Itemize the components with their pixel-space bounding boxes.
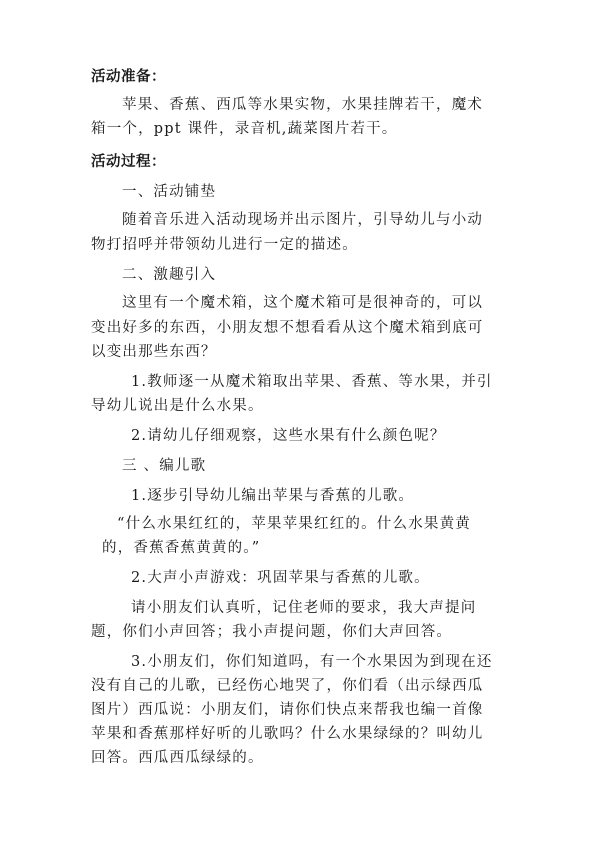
paragraph-line: 题，你们小声回答；我小声提问题，你们大声回答。 — [91, 623, 452, 641]
paragraph-line: “什么水果红红的，苹果苹果红红的。什么水果黄黄 — [117, 515, 471, 533]
paragraph-line: 箱一个，ppt 课件，录音机,蔬菜图片若干。 — [91, 120, 398, 138]
paragraph-item-2: 2.请幼儿仔细观察，这些水果有什么颜色呢？ — [131, 427, 446, 445]
paragraph-line: 图片）西瓜说：小朋友们，请你们快点来帮我也编一首像 — [91, 701, 484, 719]
paragraph-line: 这里有一个魔术箱，这个魔术箱可是很神奇的，可以 — [122, 294, 483, 312]
document-page: 活动准备： 苹果、香蕉、西瓜等水果实物，水果挂牌若干，魔术 箱一个，ppt 课件… — [0, 0, 595, 842]
paragraph-line: 1.教师逐一从魔术箱取出苹果、香蕉、等水果，并引 — [131, 373, 493, 391]
paragraph-line: 导幼儿说出是什么水果。 — [91, 397, 264, 415]
section-heading-process: 活动过程： — [91, 153, 166, 171]
paragraph-line: 苹果和香蕉那样好听的儿歌吗？什么水果绿绿的？叫幼儿 — [91, 725, 484, 743]
paragraph-item-3-1: 1.逐步引导幼儿编出苹果与香蕉的儿歌。 — [131, 487, 414, 505]
paragraph-line: 没有自己的儿歌，已经伤心地哭了，你们看（出示绿西瓜 — [91, 677, 484, 695]
paragraph-item-3-2: 2.大声小声游戏：巩固苹果与香蕉的儿歌。 — [131, 569, 430, 587]
paragraph-line: 的，香蕉香蕉黄黄的。” — [102, 539, 260, 557]
paragraph-line: 请小朋友们认真听，记住老师的要求，我大声提问 — [131, 599, 476, 617]
paragraph-line: 随着音乐进入活动现场并出示图片，引导幼儿与小动 — [122, 211, 483, 229]
subheading-step-3: 三 、编儿歌 — [122, 457, 206, 475]
paragraph-line: 苹果、香蕉、西瓜等水果实物，水果挂牌若干，魔术 — [122, 96, 483, 114]
paragraph-line: 变出好多的东西，小朋友想不想看看从这个魔术箱到底可 — [91, 319, 484, 337]
paragraph-line: 回答。西瓜西瓜绿绿的。 — [91, 749, 264, 767]
subheading-step-2: 二、激趣引入 — [122, 266, 216, 284]
paragraph-line: 以变出那些东西？ — [91, 343, 217, 361]
paragraph-line: 3.小朋友们，你们知道吗，有一个水果因为到现在还 — [131, 653, 493, 671]
paragraph-line: 物打招呼并带领幼儿进行一定的描述。 — [91, 236, 358, 254]
section-heading-preparation: 活动准备： — [91, 68, 166, 86]
subheading-step-1: 一、活动铺垫 — [122, 183, 216, 201]
